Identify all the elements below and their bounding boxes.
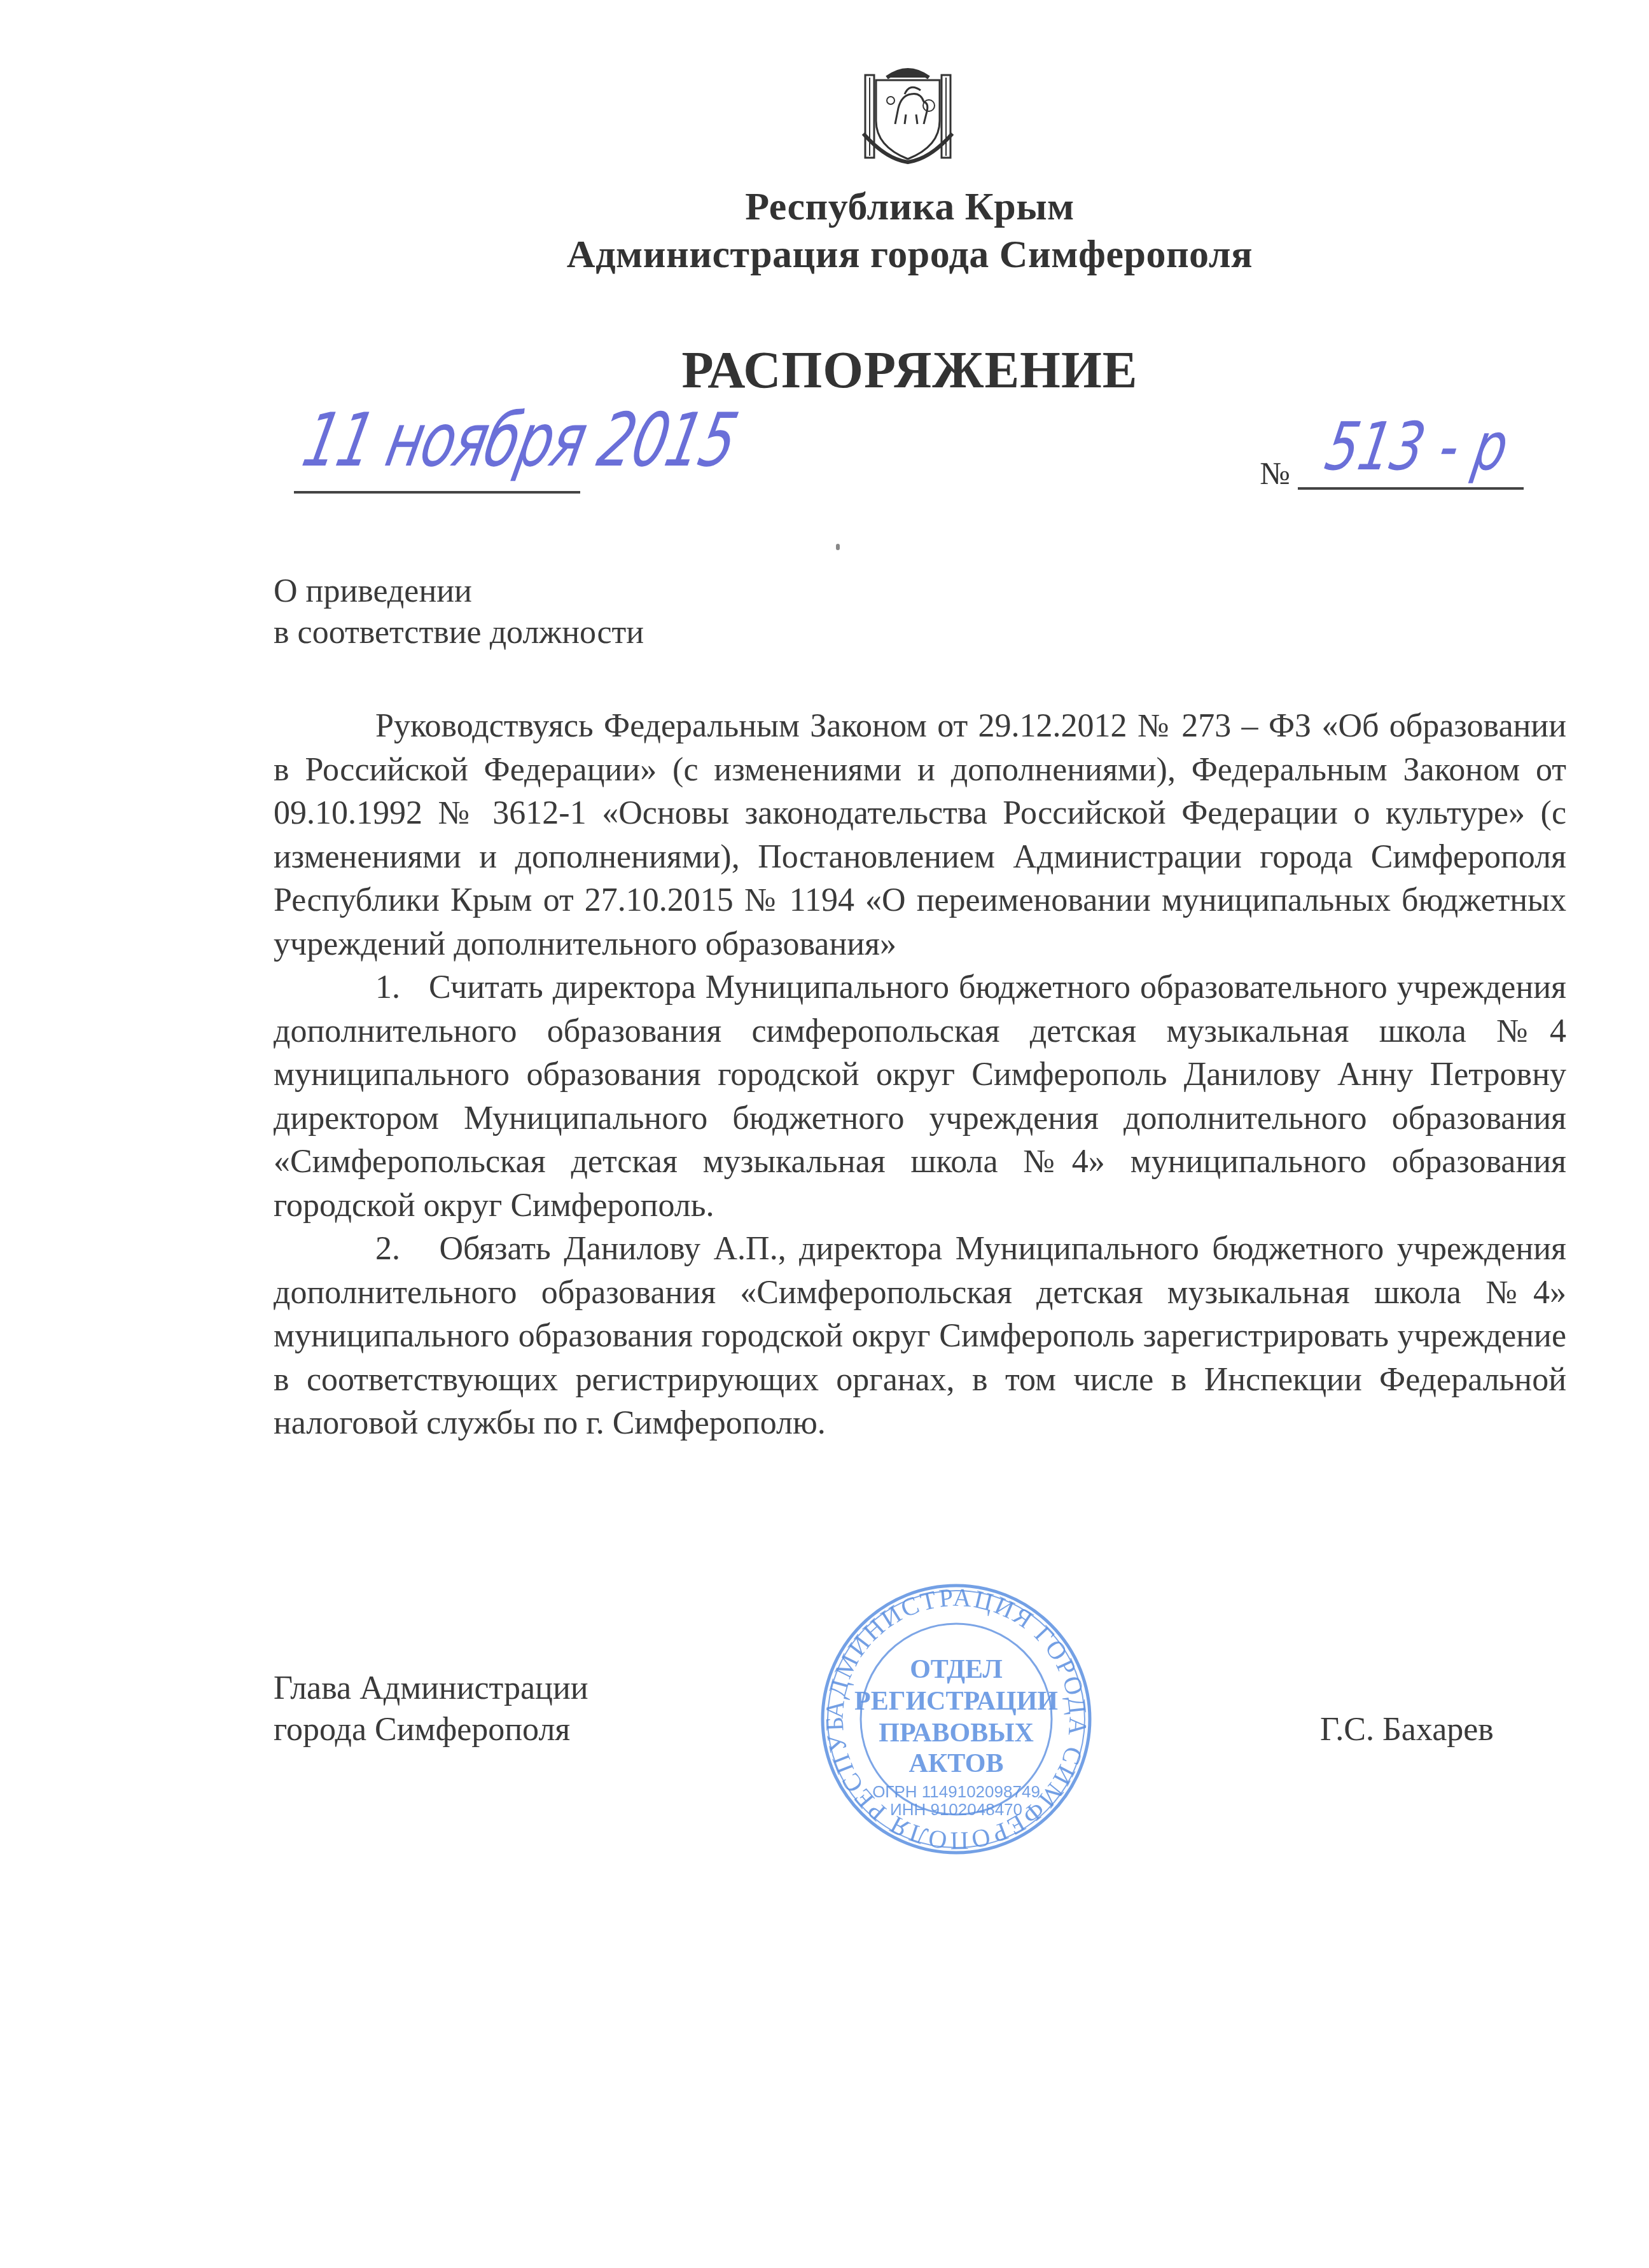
document-body: Руководствуясь Федеральным Законом от 29… [274,705,1566,1446]
order-item-1: 1. Считать директора Муниципального бюдж… [274,966,1566,1227]
official-stamp: АДМИНИСТРАЦИЯ ГОРОДА СИМФЕРОПОЛЯ РЕСПУБЛ… [819,1582,1093,1856]
item-number: 1. [375,969,400,1006]
handwritten-number: 513 - р [1320,408,1514,485]
handwritten-date: 11 ноября 2015 [296,398,744,483]
signatory-position-line-1: Глава Администрации [274,1670,588,1707]
document-type-title: РАСПОРЯЖЕНИЕ [0,340,1649,400]
number-label: № [1260,455,1290,492]
header-administration: Администрация города Симферополя [0,232,1649,277]
signatory-position-line-2: города Симферополя [274,1711,570,1748]
date-underline [294,491,580,494]
crimea-coat-of-arms-icon [860,64,956,165]
signatory-name: Г.С. Бахарев [1320,1711,1494,1748]
stamp-line-2: РЕГИСТРАЦИИ [854,1687,1058,1716]
subject-line-1: О приведении [274,572,472,610]
item-text: Считать директора Муниципального бюджетн… [274,969,1566,1224]
stamp-line-1: ОТДЕЛ [910,1655,1003,1684]
header-republic: Республика Крым [0,184,1649,230]
subject-line-2: в соответствие должности [274,614,644,651]
number-underline [1298,487,1524,490]
order-item-2: 2. Обязать Данилову А.П., директора Муни… [274,1227,1566,1446]
item-number: 2. [375,1231,400,1267]
preamble-paragraph: Руководствуясь Федеральным Законом от 29… [274,705,1566,966]
stamp-line-4: АКТОВ [909,1749,1004,1778]
stamp-ogrn: ОГРН 1149102098749 [872,1782,1040,1801]
item-text: Обязать Данилову А.П., директора Муницип… [274,1231,1566,1441]
stamp-line-3: ПРАВОВЫХ [879,1718,1034,1748]
stamp-inn: ИНН 9102048470 [890,1800,1022,1819]
scan-speck [836,544,840,550]
